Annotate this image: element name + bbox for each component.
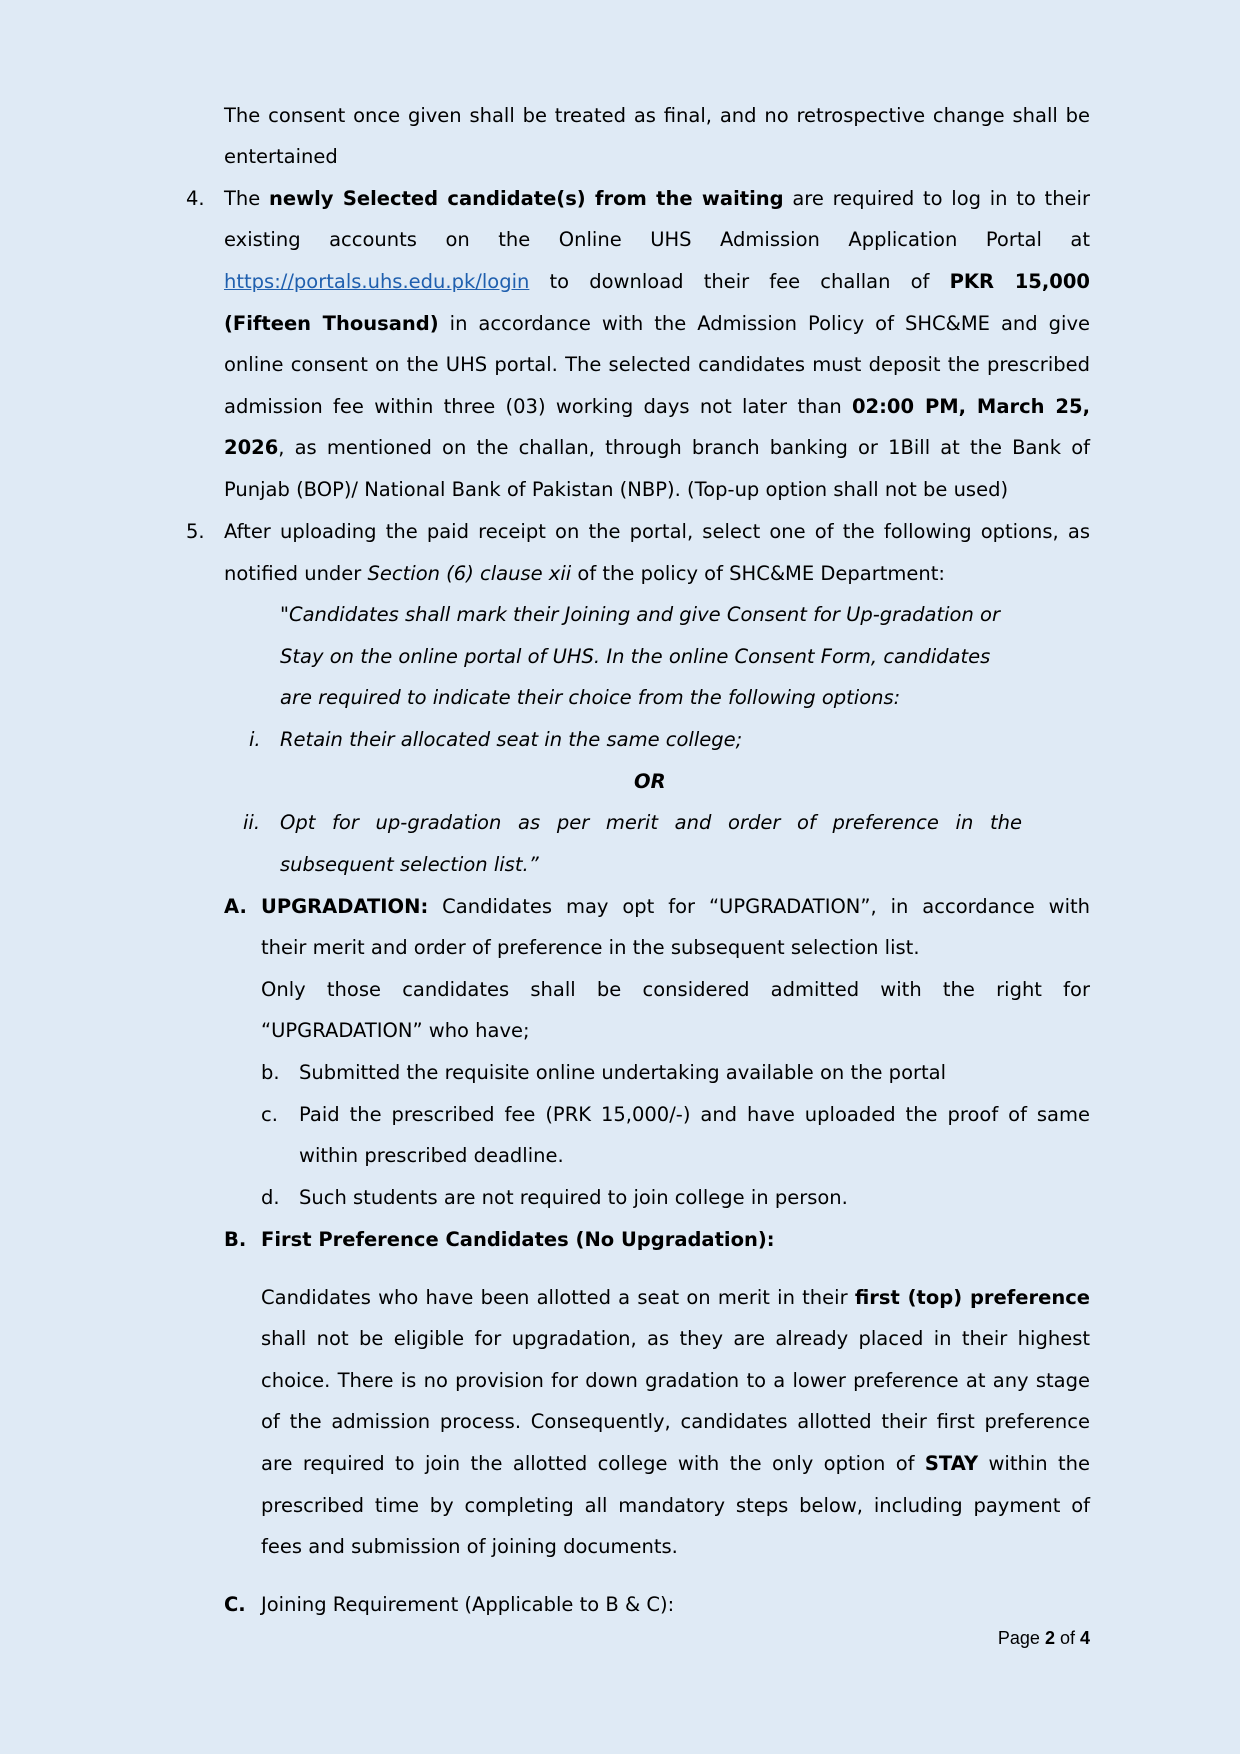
section-b-line6: prescribed time by completing all mandat… <box>261 1492 1090 1520</box>
item4-line2: existing accounts on the Online UHS Admi… <box>224 226 1090 254</box>
sub-item-c-line1: Paid the prescribed fee (PRK 15,000/-) a… <box>299 1101 1090 1129</box>
section-letter: B. <box>224 1226 246 1254</box>
paragraph-line: entertained <box>224 143 338 171</box>
section-c-title: Joining Requirement (Applicable to B & C… <box>261 1591 674 1619</box>
section-letter: A. <box>224 893 247 921</box>
sub-item-b: Submitted the requisite online undertaki… <box>299 1059 946 1087</box>
item4-line6: admission fee within three (03) working … <box>224 393 1090 421</box>
list-number: 4. <box>186 185 205 213</box>
sub-item-letter: c. <box>261 1101 278 1129</box>
section-b-line5: are required to join the allotted colleg… <box>261 1450 1090 1478</box>
sub-item-letter: b. <box>261 1059 280 1087</box>
item4-line7: 2026, as mentioned on the challan, throu… <box>224 434 1090 462</box>
page-number: Page 2 of 4 <box>998 1624 1090 1652</box>
item5-line2: notified under Section (6) clause xii of… <box>224 560 945 588</box>
document-page: The consent once given shall be treated … <box>0 0 1240 1754</box>
item4-line3: https://portals.uhs.edu.pk/login to down… <box>224 268 1090 296</box>
section-a-line3: Only those candidates shall be considere… <box>261 976 1090 1004</box>
section-a-line4: “UPGRADATION” who have; <box>261 1017 530 1045</box>
sub-item-c-line2: within prescribed deadline. <box>299 1142 564 1170</box>
item5-line1: After uploading the paid receipt on the … <box>224 518 1090 546</box>
section-b-line4: of the admission process. Consequently, … <box>261 1408 1090 1436</box>
item4-line1: The newly Selected candidate(s) from the… <box>224 185 1090 213</box>
section-b-title: First Preference Candidates (No Upgradat… <box>261 1226 775 1254</box>
section-letter: C. <box>224 1591 246 1619</box>
option-ii-line2: subsequent selection list.” <box>280 851 539 879</box>
policy-quote-line: Stay on the online portal of UHS. In the… <box>280 643 990 671</box>
item4-line8: Punjab (BOP)/ National Bank of Pakistan … <box>224 476 1008 504</box>
section-b-line3: choice. There is no provision for down g… <box>261 1367 1090 1395</box>
policy-quote-line: "Candidates shall mark their Joining and… <box>280 601 1000 629</box>
sub-item-d: Such students are not required to join c… <box>299 1184 848 1212</box>
option-ii-line1: Opt for up-gradation as per merit and or… <box>280 809 1022 837</box>
option-number: ii. <box>243 809 260 837</box>
sub-item-letter: d. <box>261 1184 280 1212</box>
option-number: i. <box>249 726 261 754</box>
option-i: Retain their allocated seat in the same … <box>280 726 742 754</box>
section-b-line1: Candidates who have been allotted a seat… <box>261 1284 1090 1312</box>
item4-line4: (Fifteen Thousand) in accordance with th… <box>224 310 1090 338</box>
section-b-line7: fees and submission of joining documents… <box>261 1533 678 1561</box>
item4-line5: online consent on the UHS portal. The se… <box>224 351 1090 379</box>
paragraph-line: The consent once given shall be treated … <box>224 102 1090 130</box>
section-a-line1: UPGRADATION: Candidates may opt for “UPG… <box>261 893 1090 921</box>
section-a-line2: their merit and order of preference in t… <box>261 934 920 962</box>
portal-login-link[interactable]: https://portals.uhs.edu.pk/login <box>224 270 529 293</box>
or-separator: OR <box>634 768 666 796</box>
policy-quote-line: are required to indicate their choice fr… <box>280 684 900 712</box>
list-number: 5. <box>186 518 205 546</box>
section-b-line2: shall not be eligible for upgradation, a… <box>261 1325 1090 1353</box>
